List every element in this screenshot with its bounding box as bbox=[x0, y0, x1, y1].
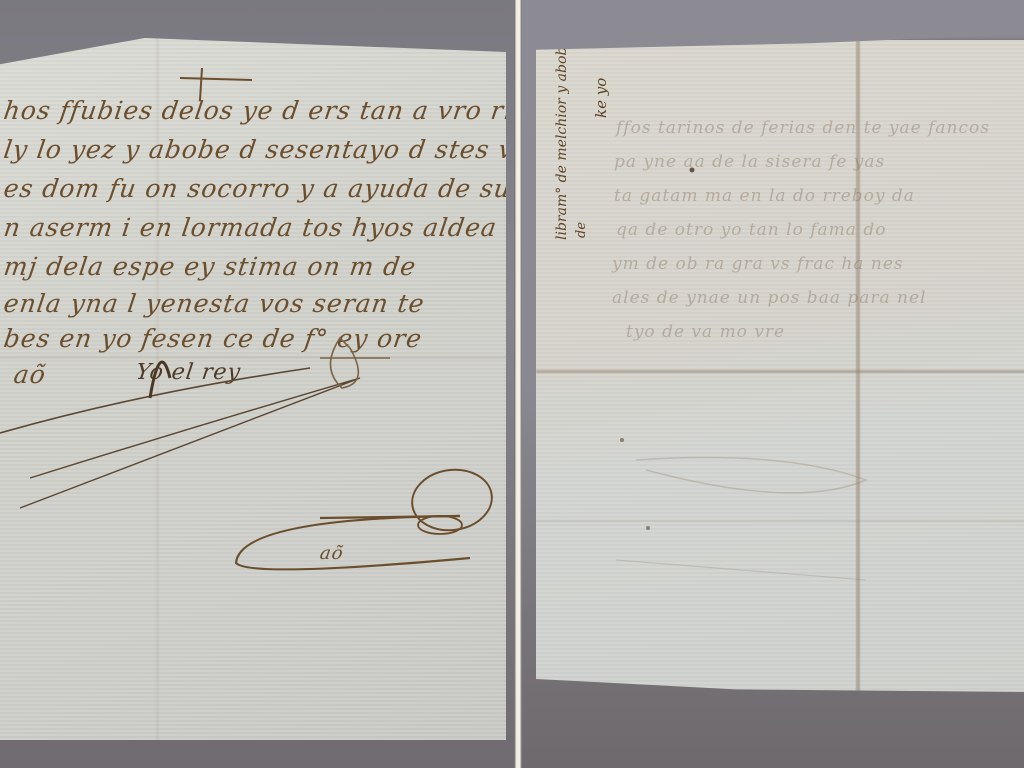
manuscript-line: mj dela espe ey stima on m de bbox=[2, 252, 418, 281]
show-through-line: pa yne aa de la sisera fe yas bbox=[614, 152, 885, 172]
verso-photo-panel: ffos tarinos de ferias den te yae fancos… bbox=[522, 0, 1024, 768]
manuscript-line: hos ffubies delos ye d ers tan a vro rre… bbox=[2, 96, 514, 125]
show-through-line: qa de otro yo tan lo fama do bbox=[616, 220, 886, 240]
fold-line bbox=[0, 356, 506, 359]
manuscript-line: enla yna l yenesta vos seran te bbox=[2, 289, 427, 318]
manuscript-line: es dom fu on socorro y a ayuda de sus ga… bbox=[2, 174, 514, 203]
show-through-line: ym de ob ra gra vs frac ha nes bbox=[612, 254, 904, 274]
fold-line bbox=[536, 520, 1024, 522]
endorsement-line: ke yo bbox=[592, 78, 610, 118]
manuscript-line: aõ bbox=[12, 360, 48, 389]
fold-line bbox=[536, 370, 1024, 373]
secretary-initials: aõ bbox=[319, 543, 346, 564]
manuscript-line: n aserm i en lormada tos hyos aldea bbox=[2, 213, 499, 242]
royal-signature: Yo el rey bbox=[134, 360, 242, 385]
photo-divider bbox=[514, 0, 522, 768]
show-through-line: ta gatam ma en la do rreboy da bbox=[614, 186, 915, 206]
recto-photo-panel: hos ffubies delos ye d ers tan a vro rre… bbox=[0, 0, 514, 768]
show-through-line: ales de ynae un pos baa para nel bbox=[612, 288, 927, 308]
endorsement-line: libram° de melchior y abobeda bbox=[554, 21, 570, 240]
manuscript-line: bes en yo fesen ce de f° ey ore bbox=[2, 324, 424, 353]
verso-sheet: ffos tarinos de ferias den te yae fancos… bbox=[536, 40, 1024, 692]
endorsement-line: de bbox=[574, 222, 589, 238]
manuscript-line: ly lo yez y abobe d sesentayo d stes vim… bbox=[2, 135, 514, 164]
recto-sheet: hos ffubies delos ye d ers tan a vro rre… bbox=[0, 38, 506, 740]
show-through-line: tyo de va mo vre bbox=[626, 322, 785, 342]
show-through-line: ffos tarinos de ferias den te yae fancos bbox=[616, 118, 990, 138]
